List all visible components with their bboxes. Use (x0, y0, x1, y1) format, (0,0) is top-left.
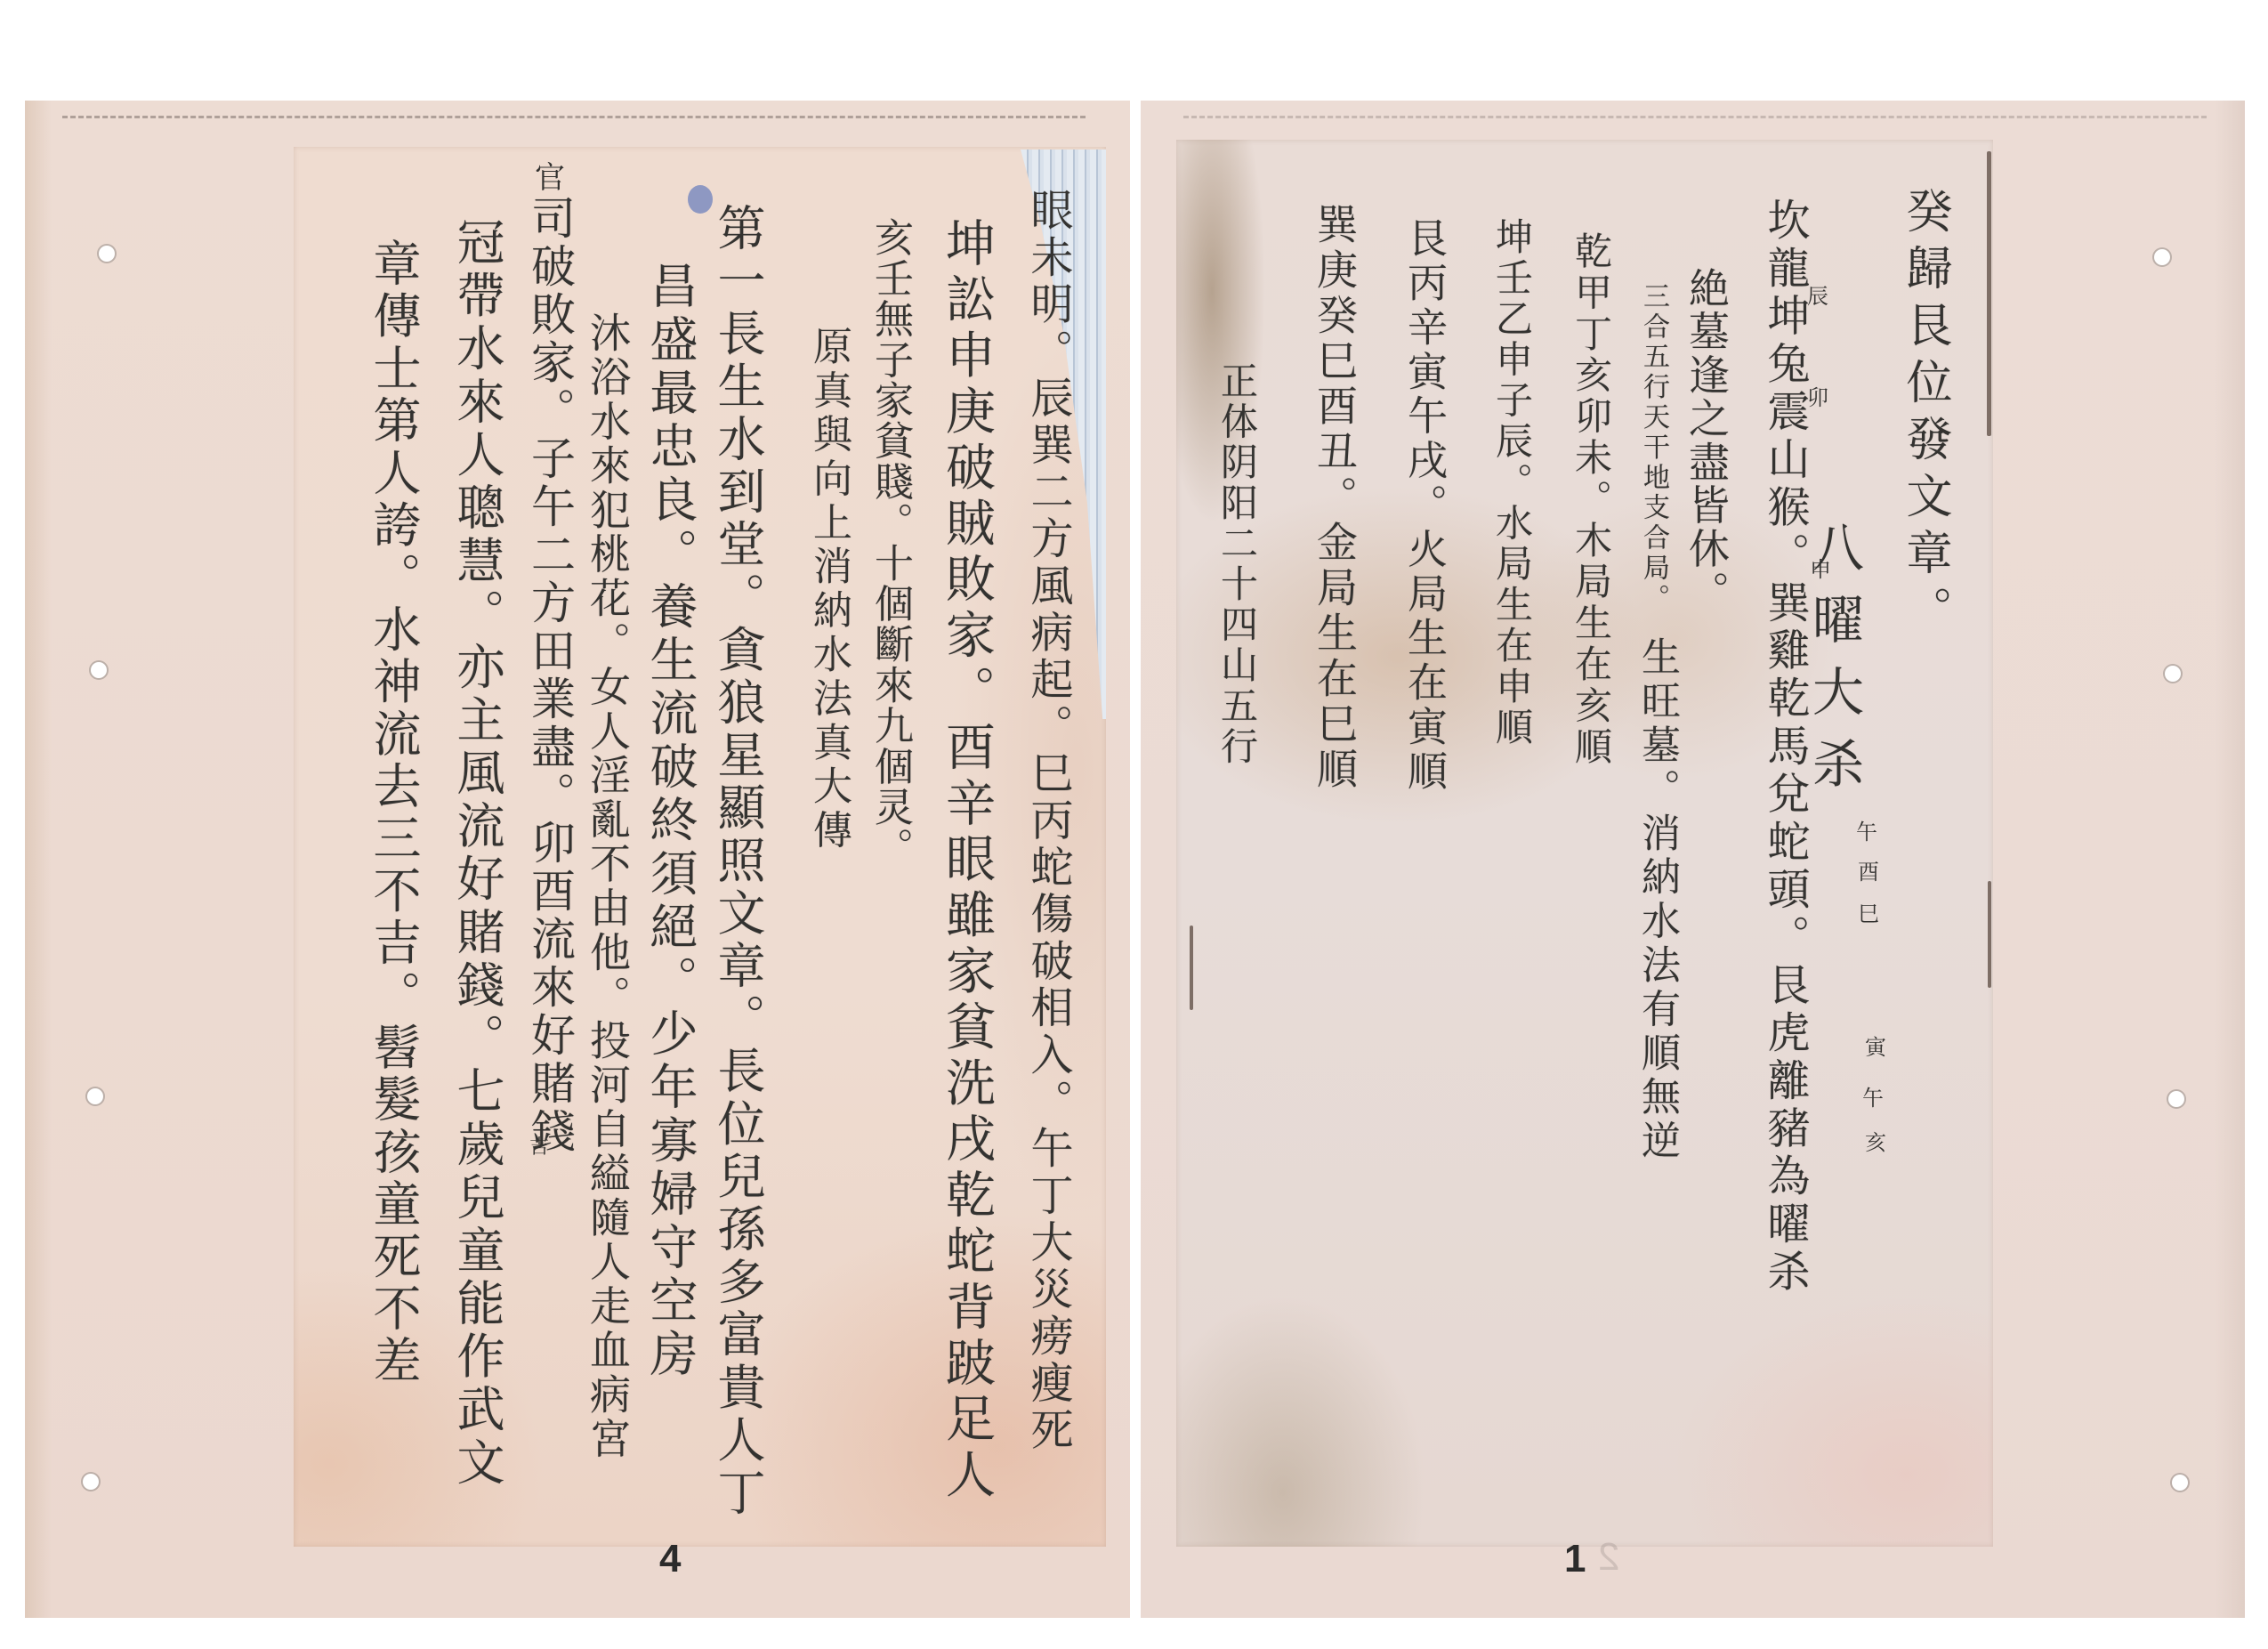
top-edge-specks (1183, 116, 2207, 118)
text-column: 冠帶水來人聰慧。亦主風流好賭錢。七歲兒童能作武文 (453, 217, 501, 1490)
interlinear-annotation: 卯 (1807, 387, 1828, 408)
interlinear-annotation: 申 (1810, 559, 1831, 580)
text-column-subheading: 原真與向上消納水法真大傳 (809, 326, 848, 853)
interlinear-annotation: 辰 (1807, 286, 1828, 307)
punch-hole (87, 1088, 103, 1104)
punch-hole (91, 662, 107, 678)
text-column: 章傳士第人誇。水神流去三不吉。髫髮孩童死不差 (369, 238, 417, 1387)
text-column: 昌盛最忠良。養生流破終須絕。少年寡婦守空房 (646, 261, 694, 1382)
punch-hole (2168, 1091, 2184, 1107)
punch-hole (99, 246, 115, 262)
text-column: 沐浴水來犯桃花。女人淫亂不由他。投河自縊隨人走血病宮 (587, 311, 628, 1461)
punch-hole (2172, 1475, 2188, 1491)
text-column: 正体阴阳二十四山五行 (1218, 361, 1255, 767)
blue-ink-dot (688, 185, 713, 214)
punch-hole (83, 1474, 99, 1490)
text-column: 坤訟申庚破賊敗家。酉辛眼雖家貧洗戌乾蛇背跛足人 (941, 217, 991, 1505)
text-column: 絶墓逢之盡皆休。 (1686, 267, 1727, 614)
text-column: 巽庚癸巳酉丑。金局生在巳順 (1314, 203, 1355, 793)
interlinear-annotation: 寅 (1865, 1037, 1886, 1058)
paper-edge-shadow (1190, 926, 1193, 1010)
page-number: 1 (1564, 1540, 1586, 1579)
paper-edge-shadow (1987, 151, 1991, 436)
text-column: 眼未明。辰巽二方風病起。巳丙蛇傷破相入。午丁大災痨瘦死 (1027, 188, 1069, 1454)
text-column: 生旺墓。消納水法有順無逆 (1637, 636, 1676, 1164)
top-edge-specks (62, 116, 1086, 118)
text-column: 亥壬無子家貧賤。十個斷來九個灵。 (870, 217, 909, 868)
text-column: 坎龍坤兔震山猴。巽雞乾馬兌蛇頭。艮虎離豬為曜杀 (1764, 198, 1806, 1297)
text-column: 第一長生水到堂。貪狼星顯照文章。長位兒孫多富貴人丁 (714, 203, 762, 1520)
blue-marginal-note: 官 (535, 163, 565, 193)
interlinear-annotation: 酉 (1858, 861, 1879, 883)
text-column: 司破敗家。子午二方田業盡。卯酉流來好賭錢 (528, 195, 572, 1156)
interlinear-annotation: 午 (1862, 1087, 1884, 1109)
blue-marginal-note: 吉 (529, 1138, 549, 1158)
interlinear-annotation: 亥 (1865, 1132, 1886, 1153)
text-column-small: 三合五行天干地支合局。 (1640, 282, 1667, 614)
bleed-through-page-number: 2 (1598, 1538, 1619, 1577)
punch-hole (2154, 249, 2170, 265)
interlinear-annotation: 巳 (1858, 903, 1879, 925)
text-column: 艮丙辛寅午戌。火局生在寅順 (1404, 217, 1444, 795)
paper-edge-shadow (1988, 881, 1991, 988)
text-column: 乾甲丁亥卯未。木局生在亥順 (1572, 231, 1610, 768)
page-number: 4 (659, 1540, 681, 1579)
punch-hole (2165, 666, 2181, 682)
text-column: 坤壬乙申子辰。水局生在申順 (1493, 217, 1530, 748)
page-title: 癸歸艮位發文章。 (1901, 187, 1948, 643)
interlinear-annotation: 午 (1856, 821, 1877, 843)
